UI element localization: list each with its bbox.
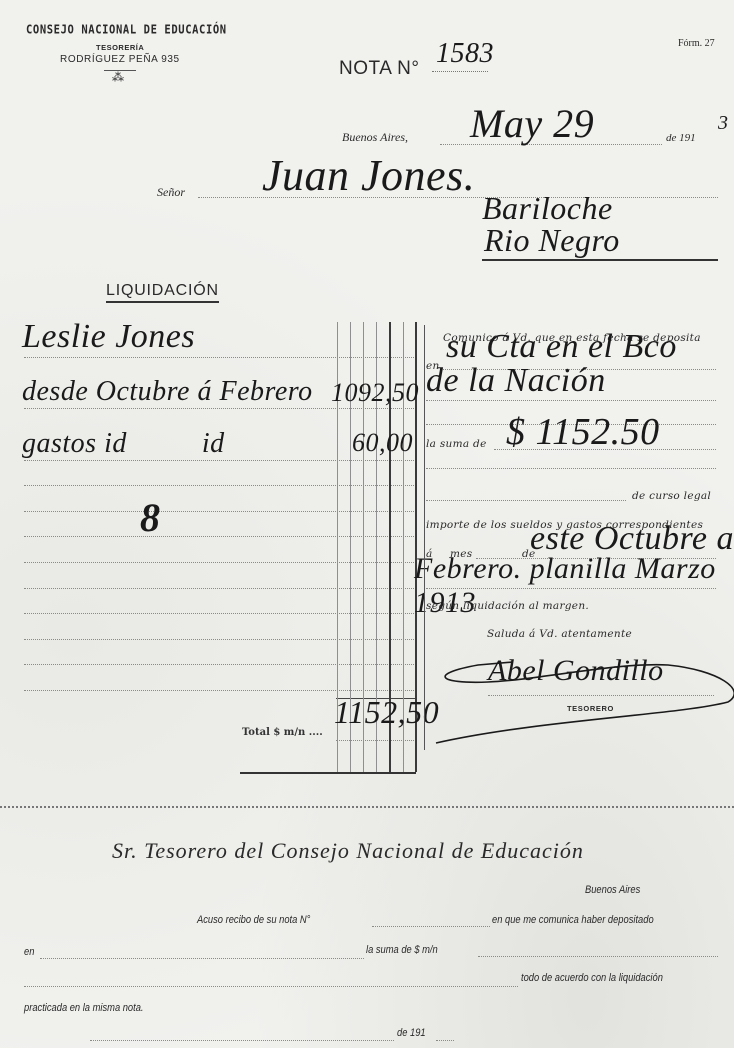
ledger-row-amount[interactable]: 1092,50 [331,378,419,408]
receipt-line2-prefix: en [24,946,34,958]
receipt-header: Sr. Tesorero del Consejo Nacional de Edu… [112,838,584,864]
receipt-year-field[interactable] [436,1040,454,1041]
nota-label: NOTA N° [339,58,419,80]
receipt-line3-suffix: todo de acuerdo con la liquidación [521,972,663,984]
document-page: CONSEJO NACIONAL DE EDUCACIÓN TESORERÍA … [0,0,734,1048]
ledger-line [24,511,416,512]
ledger-mark: 8 [140,494,161,541]
receipt-city: Buenos Aires [585,884,640,896]
segun-text: según liquidación al margen. [426,600,589,612]
ledger-line [24,588,416,589]
receipt-line5-suffix: de 191 [397,1027,426,1039]
ledger-line [24,613,416,614]
date-handwritten[interactable]: May 29 [470,100,594,147]
nota-number[interactable]: 1583 [436,38,494,70]
ledger-row-description[interactable]: desde Octubre á Febrero [22,376,313,408]
suma-label: la suma de [426,438,487,450]
ledger-line [24,690,416,691]
year-label: de 191 [666,132,696,144]
receipt-line1-suffix: en que me comunica haber depositado [492,914,654,926]
ledger-row-description[interactable]: Leslie Jones [22,318,195,356]
addressee-label: Señor [157,185,185,200]
ledger-bottom-rule [240,772,416,774]
communication-left-border [424,325,425,750]
en-line-2 [426,400,716,401]
addressee-location-2[interactable]: Rio Negro [484,222,620,259]
deposit-location-2[interactable]: de la Nación [426,362,606,400]
signature-line [488,695,714,696]
blank-line [426,468,716,469]
address: RODRÍGUEZ PEÑA 935 [60,54,180,65]
total-label: Total $ m/n .... [242,727,323,738]
city-label: Buenos Aires, [342,130,408,145]
deposit-location-1[interactable]: su Cta en el Bco [446,328,677,366]
ledger-line [24,460,416,461]
organization-name: CONSEJO NACIONAL DE EDUCACIÓN [26,23,227,37]
addressee-underline [482,259,718,261]
signer-title: TESORERO [567,704,614,713]
liquidacion-title: LIQUIDACIÓN [106,282,219,303]
ledger-row-description[interactable]: gastos id id [22,428,225,460]
receipt-date-field[interactable] [90,1040,394,1041]
tear-line[interactable] [0,806,734,808]
ledger-line [24,357,416,358]
ledger-line [24,408,416,409]
ledger-line [24,639,416,640]
addressee-name[interactable]: Juan Jones. [262,150,475,201]
ledger-line [24,485,416,486]
saluda-text: Saluda á Vd. atentamente [487,628,632,640]
ledger-row-amount[interactable]: 60,00 [352,428,413,458]
ledger-line [24,562,416,563]
ledger-line [24,664,416,665]
receipt-line1-prefix: Acuso recibo de su nota N° [197,914,310,926]
receipt-suma-field[interactable] [478,956,718,957]
receipt-nota-field[interactable] [372,926,490,927]
treasurer-signature: Abel Gondillo [488,654,664,688]
receipt-en-field[interactable] [40,958,364,959]
form-number: Fórm. 27 [678,38,715,49]
ledger-line [24,536,416,537]
nota-number-line [432,71,488,72]
department-name: TESORERÍA [96,43,144,52]
receipt-line4: practicada en la misma nota. [24,1002,144,1014]
ornament-icon: ⁂ [112,70,124,84]
suma-handwritten[interactable]: $ 1152.50 [506,410,660,454]
receipt-line2-mid: la suma de $ m/n [366,944,438,956]
year-handwritten[interactable]: 3 [718,112,729,135]
receipt-blank-field[interactable] [24,986,518,987]
curso-line [426,500,626,501]
curso-legal: de curso legal [632,490,711,502]
